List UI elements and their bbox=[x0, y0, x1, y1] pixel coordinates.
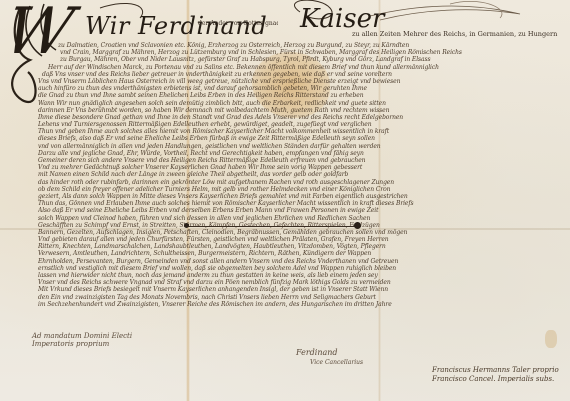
body-line: zu Burgau, Mähren, Ober vnd Nider Lausni… bbox=[38, 56, 558, 63]
body-line: Darzu alle vnd jegliche Gnad, Ehr, Würde… bbox=[38, 150, 558, 157]
signature-left-line: Ad mandatum Domini Electi bbox=[32, 332, 132, 340]
title-prefix: Wir bbox=[85, 12, 130, 40]
signature-right: Franciscus Hermanns Taler proprio Franci… bbox=[432, 366, 559, 384]
signature-center-line: Ferdinand bbox=[296, 348, 363, 358]
body-line: Wann Wir nun gnädiglich angesehen solch … bbox=[38, 100, 558, 107]
title-continuation: zu allen Zeiten Mehrer des Reichs, in Ge… bbox=[352, 30, 562, 38]
ruled-line bbox=[188, 226, 356, 227]
body-line: im Sechzehenhundert vnd Zwainzigisten, V… bbox=[38, 301, 558, 308]
body-line: geziert, Als dann solch Wappen in Mitte … bbox=[38, 193, 558, 200]
body-line: Herr auf der Windischen Marck, zu Porten… bbox=[38, 64, 558, 71]
body-line: darinnen Er Vns berühmbt worden, so habe… bbox=[38, 107, 558, 114]
body-line: Verwesern, Amtleuthen, Landrichtern, Sch… bbox=[38, 250, 558, 257]
body-line: Vnser vnd des Reichs schwere Vngnad vnd … bbox=[38, 279, 558, 286]
body-line: ob dem Schild ein freyer offener adelich… bbox=[38, 186, 558, 193]
body-line: zu Dalmatien, Croatien vnd Sclavonien et… bbox=[38, 42, 558, 49]
body-line: Thun vnd geben Ihme auch solches alles h… bbox=[38, 128, 558, 135]
body-line: vnd von allermänniglich in allen vnd jed… bbox=[38, 143, 558, 150]
body-line: auch hinfüro zu thun des vnderthänigsten… bbox=[38, 85, 558, 92]
signature-left-line: Imperatoris proprium bbox=[32, 340, 132, 348]
edge-stain bbox=[545, 330, 557, 348]
body-line: solch Wappen vnd Cleinod haben, führen v… bbox=[38, 215, 558, 222]
body-line: Ihme diese besondere Gnad gethan vnd Ihn… bbox=[38, 114, 558, 121]
body-line: lassen vnd hierwider nicht thun, noch da… bbox=[38, 272, 558, 279]
manuscript-page: W Wir Ferdinand der Ander von Gottes gna… bbox=[0, 0, 570, 401]
body-line: Lehens vnd Turniersgenossen Rittermäßige… bbox=[38, 121, 558, 128]
body-line: dieses Briefs, also daß Er vnd seine Ehe… bbox=[38, 135, 558, 142]
body-line-closing bbox=[38, 308, 298, 315]
ink-blot bbox=[184, 223, 189, 228]
body-line: die Gnad zu thun vnd Ihne sambt seinen E… bbox=[38, 92, 558, 99]
body-line: Vnd zu mehrer Gedächtnuß solcher Vnserer… bbox=[38, 164, 558, 171]
signature-right-line: Franciscus Hermanns Taler proprio bbox=[432, 366, 559, 375]
body-line: Ehrnholden, Persevanten, Burgern, Gemein… bbox=[38, 258, 558, 265]
body-line: Vnd gebieten darauf allen vnd jeden Chur… bbox=[38, 236, 558, 243]
body-line: Rittern, Knechten, Landmarschalchen, Lan… bbox=[38, 243, 558, 250]
body-line: Gemeiner deren sich andere Vnsere vnd de… bbox=[38, 157, 558, 164]
body-line: Bannern, Gezelten, Aufschlagen, Insiglen… bbox=[38, 229, 558, 236]
body-line: Vns vnd Vnserm Löblichen Haus Österreich… bbox=[38, 78, 558, 85]
body-line: Mit Vrkund dieses Briefs besiegelt mit V… bbox=[38, 286, 558, 293]
body-line: vnd Crain, Marggraf zu Mähren, Herzog zu… bbox=[38, 49, 558, 56]
signature-center-line: Vice Cancellarius bbox=[296, 358, 363, 368]
body-line: Also daß Er vnd seine Eheliche Leibs Erb… bbox=[38, 207, 558, 214]
ink-blot bbox=[354, 222, 361, 229]
signature-left: Ad mandatum Domini Electi Imperatoris pr… bbox=[32, 332, 132, 348]
title-text: der Ander von Gottes gnaden Erwöhlter Rö… bbox=[198, 20, 278, 27]
body-line: daß Vns vnser vnd des Reichs lieber getr… bbox=[38, 71, 558, 78]
body-line: das hinder roth oder rubinfarb, darinnen… bbox=[38, 179, 558, 186]
body-line: ernstlich vnd vestiglich mit diesem Brie… bbox=[38, 265, 558, 272]
body-line: den Ein vnd zwainzigisten Tag des Monats… bbox=[38, 294, 558, 301]
body-line: Thun das, Gönnen vnd Erlauben Ihme auch … bbox=[38, 200, 558, 207]
signature-right-line: Francisco Cancel. Imperialis subs. bbox=[432, 375, 559, 384]
document-body: zu Dalmatien, Croatien vnd Sclavonien et… bbox=[38, 42, 558, 315]
body-line: mit Namen einen Schild nach der Länge in… bbox=[38, 171, 558, 178]
signature-center: Ferdinand Vice Cancellarius bbox=[296, 348, 363, 368]
